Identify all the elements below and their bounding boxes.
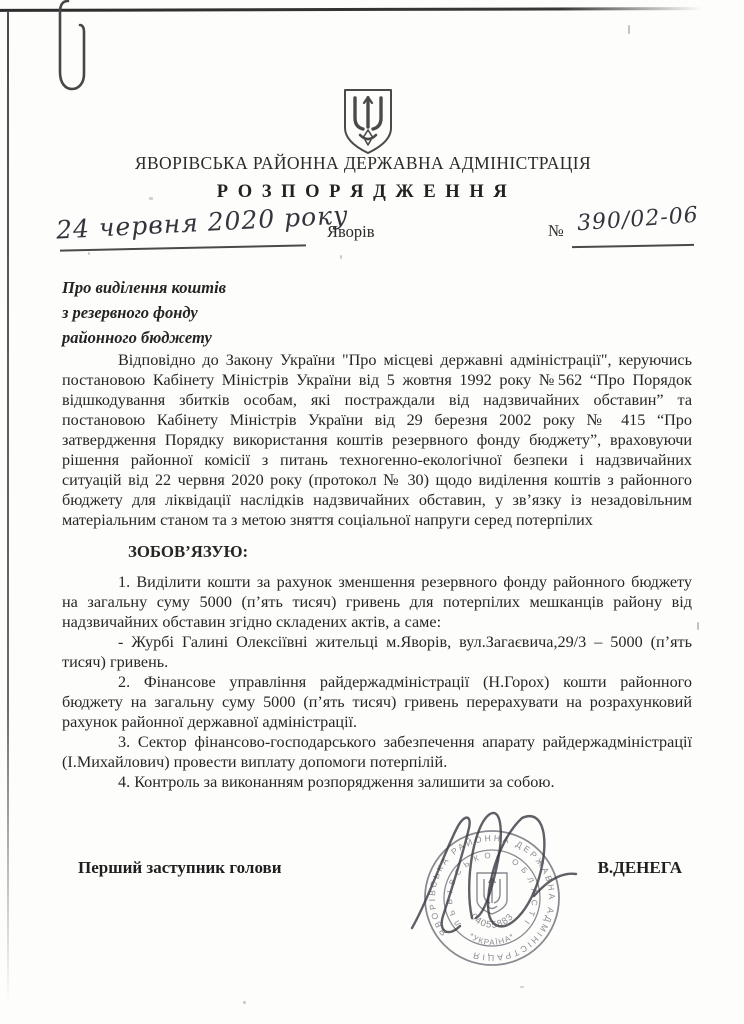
date-underline (60, 244, 306, 251)
scan-speck (697, 622, 699, 630)
signer-name: В.ДЕНЕГА (598, 858, 682, 878)
scan-speck (243, 1001, 246, 1004)
order-item-4: 4. Контроль за виконанням розпорядження … (62, 772, 692, 792)
document-type-title: Р О З П О Р Я Д Ж Е Н Н Я (0, 182, 726, 203)
scan-speck (520, 986, 524, 988)
scan-speck (628, 25, 630, 34)
handwritten-date: 24 червня 2020 року (55, 200, 349, 244)
scanned-document-page: ЯВОРІВСЬКА РАЙОННА ДЕРЖАВНА АДМІНІСТРАЦІ… (0, 0, 744, 1024)
document-body: Відповідно до Закону України "Про місцев… (62, 350, 692, 792)
subject-line: з резервного фонду (62, 300, 226, 325)
number-label: № (548, 221, 564, 241)
subject-line: Про виділення коштів (62, 275, 226, 300)
tryzub-emblem-icon (340, 86, 396, 158)
place-name: Яворів (327, 222, 375, 242)
order-word: ЗОБОВ’ЯЗУЮ: (62, 542, 692, 562)
preamble-paragraph: Відповідно до Закону України "Про місцев… (62, 350, 692, 530)
order-item-3: 3. Сектор фінансово-господарського забез… (62, 732, 692, 772)
scan-speck (88, 252, 90, 255)
signer-title: Перший заступник голови (78, 858, 282, 878)
handwritten-signature (398, 796, 598, 964)
organization-name: ЯВОРІВСЬКА РАЙОННА ДЕРЖАВНА АДМІНІСТРАЦІ… (0, 153, 726, 174)
order-item-1-beneficiary: - Журбі Галині Олексіївні жительці м.Яво… (62, 632, 692, 672)
order-item-1: 1. Виділити кошти за рахунок зменшення р… (62, 572, 692, 632)
order-item-2: 2. Фінансове управління райдержадміністр… (62, 672, 692, 732)
scan-speck (149, 197, 153, 200)
scan-edge-top-line (0, 7, 702, 11)
handwritten-doc-number: 390/02-06 (576, 203, 699, 236)
subject-line: районного бюджету (62, 325, 226, 350)
number-underline (572, 244, 694, 248)
subject-block: Про виділення коштів з резервного фонду … (62, 275, 226, 350)
paperclip (52, 0, 96, 100)
scan-speck (340, 255, 342, 259)
